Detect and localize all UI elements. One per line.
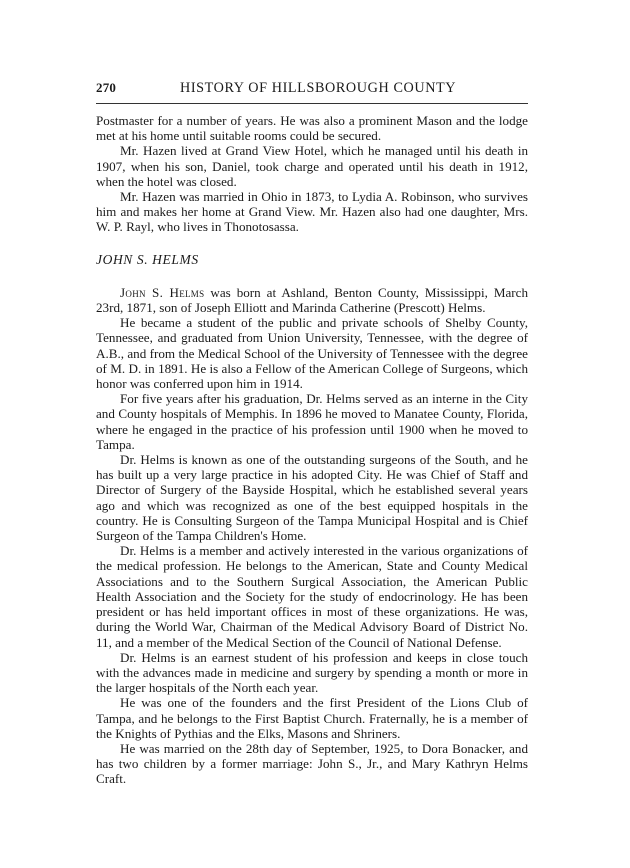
paragraph: He became a student of the public and pr… <box>96 315 528 391</box>
paragraph: He was married on the 28th day of Septem… <box>96 741 528 787</box>
paragraph: Mr. Hazen was married in Ohio in 1873, t… <box>96 189 528 235</box>
lead-name: John S. Helms <box>120 285 204 300</box>
paragraph: He was one of the founders and the first… <box>96 695 528 741</box>
body-text: Postmaster for a number of years. He was… <box>96 113 528 787</box>
section-heading: JOHN S. HELMS <box>96 252 528 267</box>
paragraph: Dr. Helms is a member and actively inter… <box>96 543 528 649</box>
header-rule <box>96 103 528 104</box>
paragraph: Postmaster for a number of years. He was… <box>96 113 528 143</box>
paragraph: Dr. Helms is known as one of the outstan… <box>96 452 528 543</box>
paragraph: Dr. Helms is an earnest student of his p… <box>96 650 528 696</box>
running-title: HISTORY OF HILLSBOROUGH COUNTY <box>166 80 528 97</box>
book-page: 270 HISTORY OF HILLSBOROUGH COUNTY Postm… <box>96 80 528 787</box>
lead-paragraph: John S. Helms was born at Ashland, Bento… <box>96 285 528 315</box>
running-head: 270 HISTORY OF HILLSBOROUGH COUNTY <box>96 80 528 100</box>
paragraph: For five years after his graduation, Dr.… <box>96 391 528 452</box>
paragraph: Mr. Hazen lived at Grand View Hotel, whi… <box>96 143 528 189</box>
page-number: 270 <box>96 80 166 96</box>
